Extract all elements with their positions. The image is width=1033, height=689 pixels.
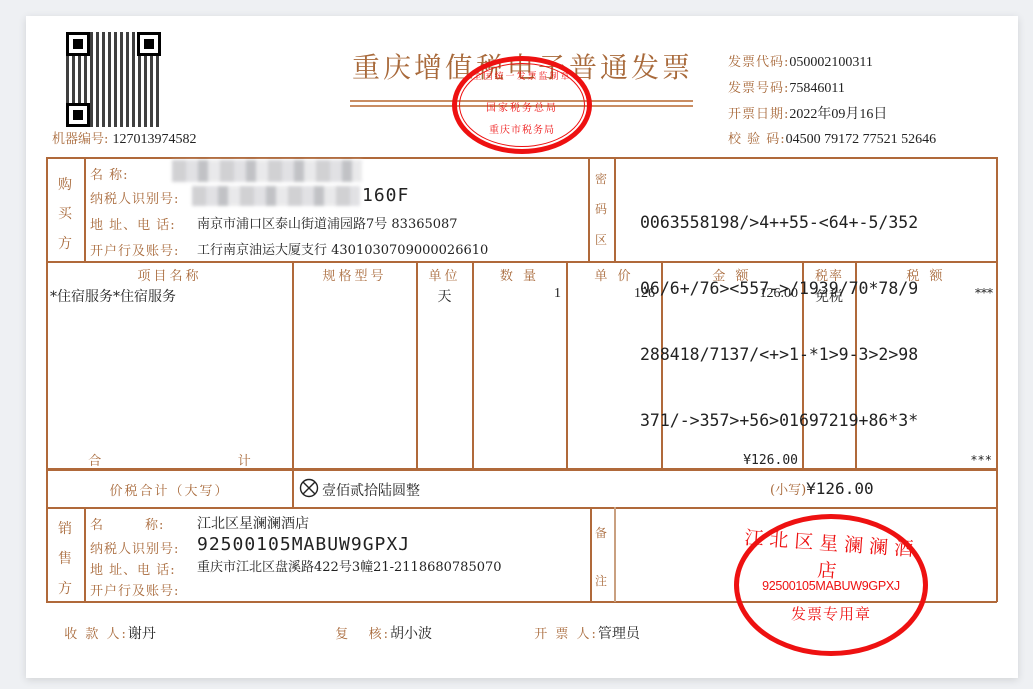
item-rate: 免税 bbox=[803, 286, 855, 306]
tax-bureau-stamp: 全国统一发票监制章 国家税务总局 重庆市税务局 bbox=[452, 56, 592, 154]
seller-name-label: 名 称: bbox=[90, 514, 164, 533]
redacted-buyer-taxid bbox=[192, 186, 360, 206]
item-tax: *** bbox=[856, 286, 993, 300]
cross-circle-icon bbox=[299, 478, 319, 498]
qr-finder bbox=[137, 32, 161, 56]
cipher-text: 0063558198/>4++55-<64+-5/352 06/6+/76><5… bbox=[640, 168, 918, 454]
check-code: 校 验 码:04500 79172 77521 52646 bbox=[728, 128, 936, 148]
col-header-amount: 金 额 bbox=[662, 265, 802, 284]
buyer-address-label: 地 址、电 话: bbox=[90, 214, 176, 233]
item-name: *住宿服务*住宿服务 bbox=[50, 286, 176, 306]
table-border bbox=[996, 157, 998, 602]
item-price: 126 bbox=[567, 286, 655, 302]
grand-total-label: 价税合计（大写） bbox=[47, 480, 292, 499]
item-unit: 天 bbox=[417, 286, 472, 306]
table-border bbox=[46, 157, 48, 602]
seller-taxid-label: 纳税人识别号: bbox=[90, 538, 179, 557]
col-header-qty: 数 量 bbox=[473, 265, 566, 284]
invoice-date: 开票日期:2022年09月16日 bbox=[728, 103, 887, 123]
qr-finder bbox=[66, 32, 90, 56]
table-border bbox=[46, 157, 997, 159]
drawer: 开 票 人:管理员 bbox=[526, 608, 640, 643]
grand-total-small: (小写)¥126.00 bbox=[770, 479, 874, 498]
redacted-buyer-name bbox=[172, 160, 362, 182]
item-amount: 126.00 bbox=[662, 286, 798, 302]
qr-finder bbox=[66, 103, 90, 127]
buyer-name-label: 名 称: bbox=[90, 164, 129, 183]
buyer-taxid: 160F bbox=[362, 185, 409, 206]
seller-invoice-stamp: 江北区星澜澜酒店 92500105MABUW9GPXJ 发票专用章 bbox=[734, 514, 928, 656]
reviewer: 复 核:胡小波 bbox=[327, 608, 432, 643]
seller-bank-label: 开户行及账号: bbox=[90, 580, 179, 599]
buyer-address: 南京市浦口区泰山街道浦园路7号 83365087 bbox=[197, 213, 458, 232]
grand-total-uppercase: 壹佰贰拾陆圆整 bbox=[322, 480, 420, 500]
buyer-bank: 工行南京油运大厦支行 4301030709000026610 bbox=[197, 239, 488, 258]
seller-taxid: 92500105MABUW9GPXJ bbox=[197, 534, 410, 555]
qr-code bbox=[66, 32, 161, 127]
seller-address-label: 地 址、电 话: bbox=[90, 559, 176, 578]
seller-name: 江北区星澜澜酒店 bbox=[197, 513, 309, 533]
col-header-unit: 单位 bbox=[417, 265, 472, 284]
invoice-number: 发票号码:75846011 bbox=[728, 77, 845, 97]
col-header-name: 项目名称 bbox=[47, 265, 292, 284]
buyer-label: 购 bbox=[58, 174, 73, 194]
total-label: 合 计 bbox=[47, 450, 292, 469]
col-header-rate: 税率 bbox=[803, 265, 855, 284]
col-header-price: 单 价 bbox=[567, 265, 661, 284]
buyer-taxid-label: 纳税人识别号: bbox=[90, 188, 179, 207]
invoice-code: 发票代码:050002100311 bbox=[728, 51, 873, 71]
total-tax: *** bbox=[856, 453, 992, 467]
buyer-bank-label: 开户行及账号: bbox=[90, 240, 179, 259]
machine-number: 机器编号: 127013974582 bbox=[52, 128, 197, 148]
cipher-label: 密 bbox=[595, 170, 608, 187]
payee: 收 款 人:谢丹 bbox=[56, 608, 156, 643]
total-amount: ¥126.00 bbox=[662, 453, 798, 468]
seller-address: 重庆市江北区盘溪路422号3幢21-2118680785070 bbox=[197, 556, 502, 575]
remarks-label: 备 bbox=[595, 524, 608, 541]
seller-label: 销 bbox=[58, 518, 73, 538]
item-qty: 1 bbox=[473, 286, 561, 302]
col-header-spec: 规格型号 bbox=[293, 265, 416, 284]
col-header-tax: 税 额 bbox=[856, 265, 996, 284]
